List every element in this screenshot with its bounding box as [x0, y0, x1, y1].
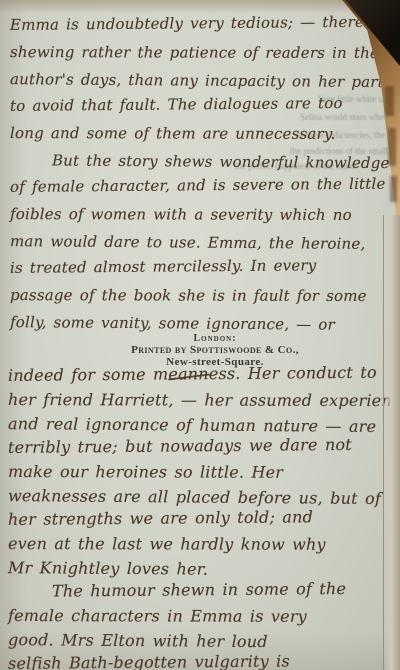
handwritten-line: is treated almost mercilessly. In every	[0, 252, 400, 282]
handwritten-line: long and some of them are unnecessary.	[0, 120, 400, 148]
handwritten-line: even at the last we hardly know why	[0, 532, 400, 557]
colophon-printer: Printed by Spottiswoode & Co.,	[95, 344, 335, 356]
handwritten-line: passage of the book she is in fault for …	[0, 282, 400, 310]
handwritten-line: Emma is undoubtedly very tedious; — ther…	[0, 9, 400, 39]
handwritten-line: of female character, and is severe on th…	[0, 171, 400, 201]
manuscript-photo: Very little white satin, very Selina wou…	[0, 0, 400, 670]
colophon-city: London:	[95, 333, 335, 344]
handwritten-line: shewing rather the patience of readers i…	[0, 39, 400, 67]
handwritten-line: her strengths we are only told; and	[0, 505, 400, 532]
page-edge-band	[383, 215, 400, 670]
print-smudge	[390, 176, 397, 202]
print-smudge	[388, 128, 396, 166]
handwritten-paragraph-top: Emma is undoubtedly very tedious; — ther…	[0, 12, 400, 336]
handwritten-paragraph-bottom: indeed for some meanness. Her conduct to…	[0, 364, 400, 670]
handwritten-line: to avoid that fault. The dialogues are t…	[0, 90, 400, 120]
handwritten-line: foibles of women with a severity which n…	[0, 201, 400, 229]
handwritten-line: female characters in Emma is very	[0, 604, 400, 629]
handwritten-line: terribly true; but nowadays we dare not	[0, 433, 400, 460]
handwritten-line: selfish Bath-begotten vulgarity is	[0, 649, 400, 670]
print-smudge	[385, 86, 394, 116]
handwritten-line: make our heroines so little. Her	[0, 460, 400, 485]
handwritten-line: The humour shewn in some of the	[0, 577, 400, 604]
handwritten-line: her friend Harriett, — her assumed exper…	[0, 388, 400, 413]
